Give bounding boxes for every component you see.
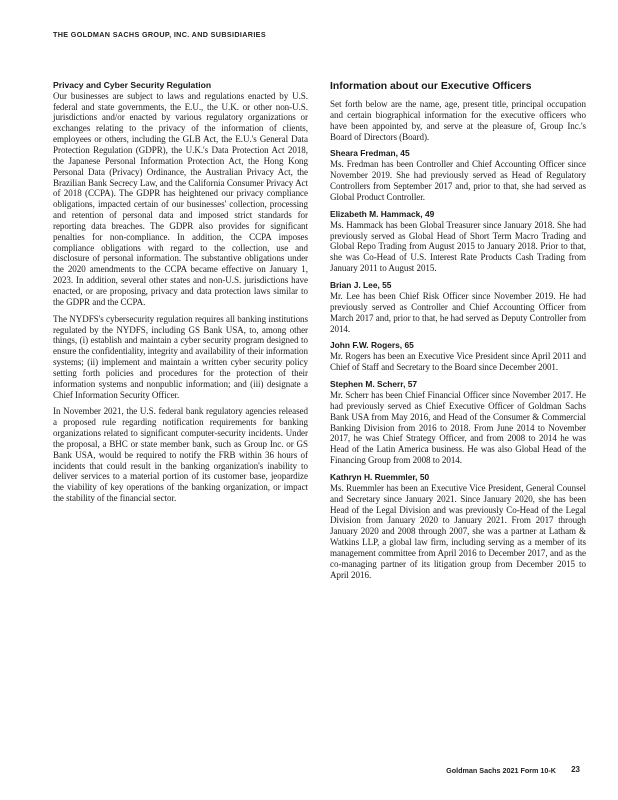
paragraph-incident-notification: In November 2021, the U.S. federal bank …: [53, 406, 308, 504]
page-footer: Goldman Sachs 2021 Form 10-K 23: [0, 764, 618, 778]
officer-bio: Ms. Hammack has been Global Treasurer si…: [330, 220, 586, 274]
officer-bio: Mr. Scherr has been Chief Financial Offi…: [330, 390, 586, 466]
officer-entry: Brian J. Lee, 55 Mr. Lee has been Chief …: [330, 280, 586, 334]
section-title-privacy: Privacy and Cyber Security Regulation: [53, 80, 308, 91]
footer-document-label: Goldman Sachs 2021 Form 10-K: [446, 766, 556, 775]
paragraph-executive-intro: Set forth below are the name, age, prese…: [330, 99, 586, 142]
paragraph-nydfs-cybersecurity: The NYDFS's cybersecurity regulation req…: [53, 314, 308, 401]
officer-name: Kathryn H. Ruemmler, 50: [330, 472, 586, 483]
section-title-executive-officers: Information about our Executive Officers: [330, 80, 586, 93]
officer-name: Brian J. Lee, 55: [330, 280, 586, 291]
officer-entry: Stephen M. Scherr, 57 Mr. Scherr has bee…: [330, 379, 586, 466]
officer-name: Sheara Fredman, 45: [330, 148, 586, 159]
left-column: Privacy and Cyber Security Regulation Ou…: [53, 80, 308, 510]
officer-entry: Kathryn H. Ruemmler, 50 Ms. Ruemmler has…: [330, 472, 586, 581]
officer-name: John F.W. Rogers, 65: [330, 340, 586, 351]
right-column: Information about our Executive Officers…: [330, 80, 586, 587]
officer-bio: Mr. Rogers has been an Executive Vice Pr…: [330, 351, 586, 373]
officer-entry: John F.W. Rogers, 65 Mr. Rogers has been…: [330, 340, 586, 373]
page-number: 23: [571, 765, 580, 774]
officer-entry: Sheara Fredman, 45 Ms. Fredman has been …: [330, 148, 586, 202]
paragraph-privacy-laws: Our businesses are subject to laws and r…: [53, 91, 308, 308]
officer-bio: Mr. Lee has been Chief Risk Officer sinc…: [330, 291, 586, 334]
officer-name: Elizabeth M. Hammack, 49: [330, 209, 586, 220]
officer-bio: Ms. Ruemmler has been an Executive Vice …: [330, 483, 586, 581]
running-head: The Goldman Sachs Group, Inc. and Subsid…: [53, 30, 266, 39]
officer-name: Stephen M. Scherr, 57: [330, 379, 586, 390]
officer-entry: Elizabeth M. Hammack, 49 Ms. Hammack has…: [330, 209, 586, 274]
officer-bio: Ms. Fredman has been Controller and Chie…: [330, 159, 586, 202]
